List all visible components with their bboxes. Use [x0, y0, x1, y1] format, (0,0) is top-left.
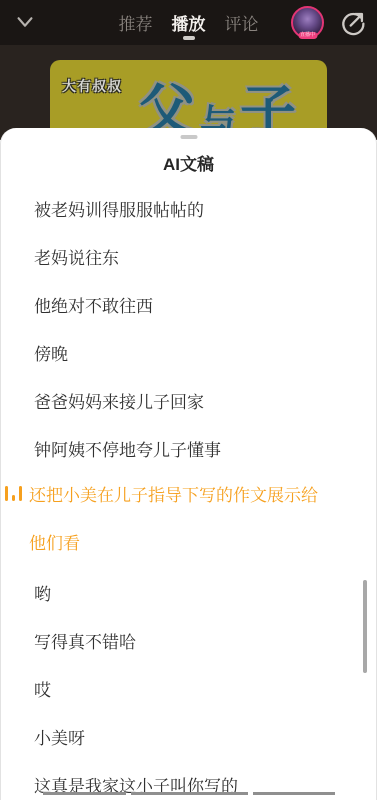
- tab-play-label: 播放: [172, 10, 206, 35]
- clipped-next-line-fragment: [43, 792, 126, 795]
- now-playing-icon: [5, 486, 22, 501]
- scrollbar-thumb[interactable]: [363, 580, 367, 673]
- channel-watermark: 大有叔叔: [62, 76, 122, 96]
- clipped-next-line-fragment: [253, 792, 335, 795]
- transcript-line[interactable]: 爸爸妈妈来接儿子回家: [1, 376, 376, 424]
- active-tab-indicator: [183, 36, 195, 40]
- transcript-line-active-text: 还把小美在儿子指导下写的作文展示给他们看: [29, 472, 331, 568]
- ai-transcript-panel: AI文稿 被老妈训得服服帖帖的 老妈说往东 他绝对不敢往西 傍晚 爸爸妈妈来接儿…: [0, 128, 377, 800]
- transcript-line[interactable]: 钟阿姨不停地夸儿子懂事: [1, 424, 376, 472]
- share-icon[interactable]: [338, 8, 367, 37]
- tab-recommend[interactable]: 推荐: [119, 0, 153, 45]
- transcript-line[interactable]: 被老妈训得服服帖帖的: [1, 184, 376, 232]
- transcript-line[interactable]: 傍晚: [1, 328, 376, 376]
- transcript-list: 被老妈训得服服帖帖的 老妈说往东 他绝对不敢往西 傍晚 爸爸妈妈来接儿子回家 钟…: [1, 184, 376, 800]
- live-badge: 直播中: [298, 32, 317, 39]
- tab-comments[interactable]: 评论: [225, 0, 259, 45]
- transcript-line[interactable]: 哟: [1, 568, 376, 616]
- clipped-next-line-fragment: [131, 792, 248, 795]
- drag-handle[interactable]: [180, 135, 197, 139]
- top-bar: 推荐 播放 评论 直播中: [0, 0, 377, 45]
- video-player[interactable]: 大有叔叔 父与子: [0, 45, 377, 140]
- transcript-line[interactable]: 哎: [1, 664, 376, 712]
- app-screen: 推荐 播放 评论 直播中 大有叔叔 父与子 AI文稿: [0, 0, 377, 800]
- transcript-line[interactable]: 他绝对不敢往西: [1, 280, 376, 328]
- transcript-line-active[interactable]: 还把小美在儿子指导下写的作文展示给他们看: [1, 472, 376, 568]
- transcript-line[interactable]: 写得真不错哈: [1, 616, 376, 664]
- transcript-line[interactable]: 老妈说往东: [1, 232, 376, 280]
- tab-play[interactable]: 播放: [172, 0, 206, 45]
- transcript-line[interactable]: 小美呀: [1, 712, 376, 760]
- avatar[interactable]: 直播中: [291, 6, 324, 39]
